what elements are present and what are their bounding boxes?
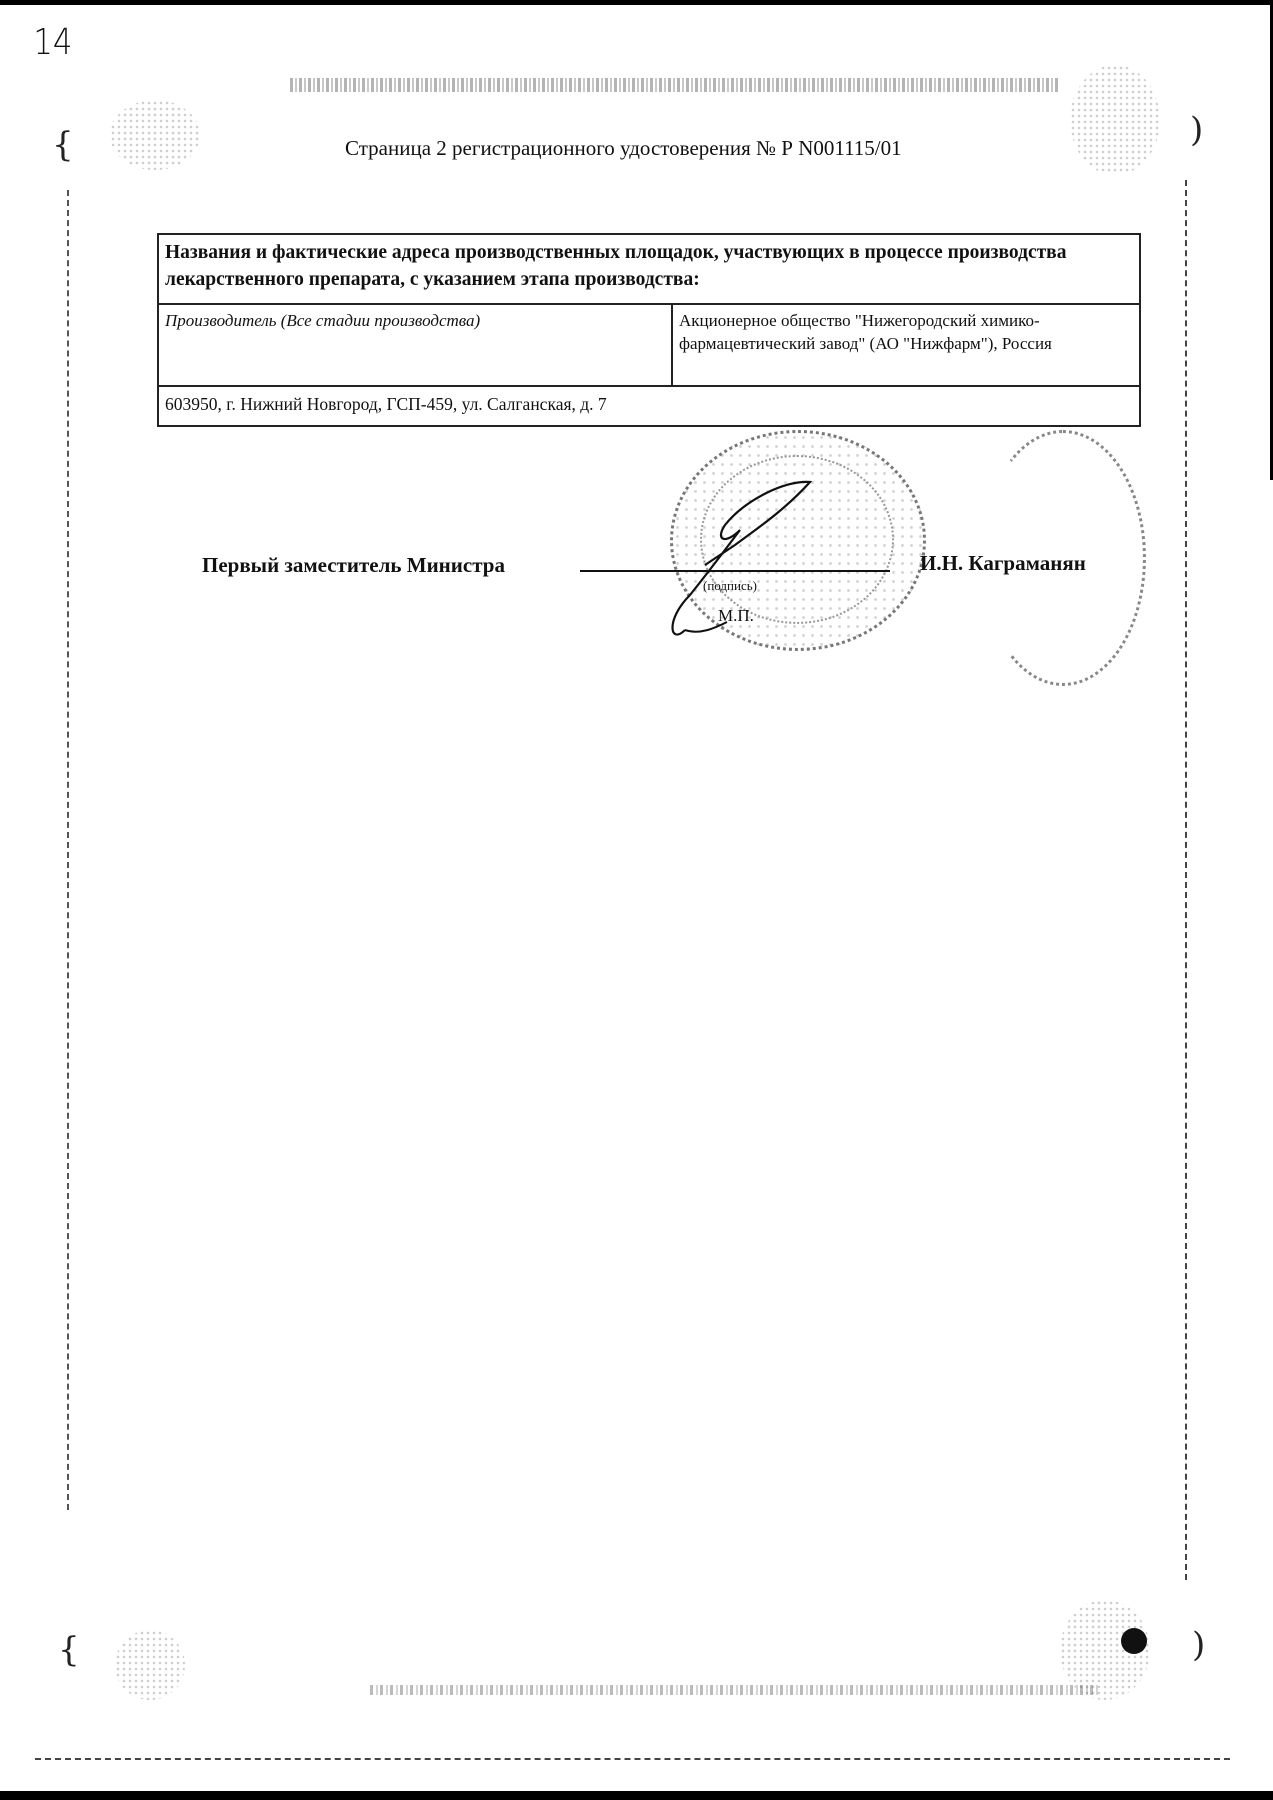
guilloche-band-top (290, 78, 1060, 92)
bracket-ornament-icon: { (58, 1630, 80, 1670)
frame-border-right (1185, 180, 1187, 1580)
manufacturer-address: 603950, г. Нижний Новгород, ГСП-459, ул.… (158, 386, 1140, 426)
bracket-ornament-icon: ) (1192, 1625, 1205, 1665)
guilloche-band-bottom (370, 1685, 1100, 1695)
signatory-position: Первый заместитель Министра (202, 553, 505, 578)
handwritten-page-number: 14 (33, 22, 72, 63)
rosette-ornament-icon (115, 1630, 185, 1700)
page-header: Страница 2 регистрационного удостоверени… (345, 136, 902, 161)
seal-place-mark: М.П. (718, 606, 754, 626)
rosette-ornament-icon (1070, 65, 1160, 175)
hologram-dot-icon (1121, 1628, 1147, 1654)
manufacturer-organization: Акционерное общество "Нижегородский хими… (672, 304, 1140, 386)
table-row: Производитель (Все стадии производства) … (158, 304, 1140, 386)
rosette-ornament-icon (110, 100, 200, 170)
signatory-name: И.Н. Каграманян (920, 551, 1086, 576)
frame-border-left (67, 190, 69, 1510)
signature-caption: (подпись) (703, 578, 757, 594)
scan-edge-bottom (0, 1791, 1273, 1800)
scan-edge-top (0, 0, 1273, 5)
production-sites-table: Названия и фактические адреса производст… (157, 233, 1141, 427)
table-row: 603950, г. Нижний Новгород, ГСП-459, ул.… (158, 386, 1140, 426)
manufacturer-role: Производитель (Все стадии производства) (158, 304, 672, 386)
table-heading: Названия и фактические адреса производст… (158, 234, 1140, 304)
cut-line (35, 1758, 1230, 1760)
bracket-ornament-icon: { (52, 125, 74, 165)
bracket-ornament-icon: ) (1190, 110, 1203, 150)
table-heading-row: Названия и фактические адреса производст… (158, 234, 1140, 304)
